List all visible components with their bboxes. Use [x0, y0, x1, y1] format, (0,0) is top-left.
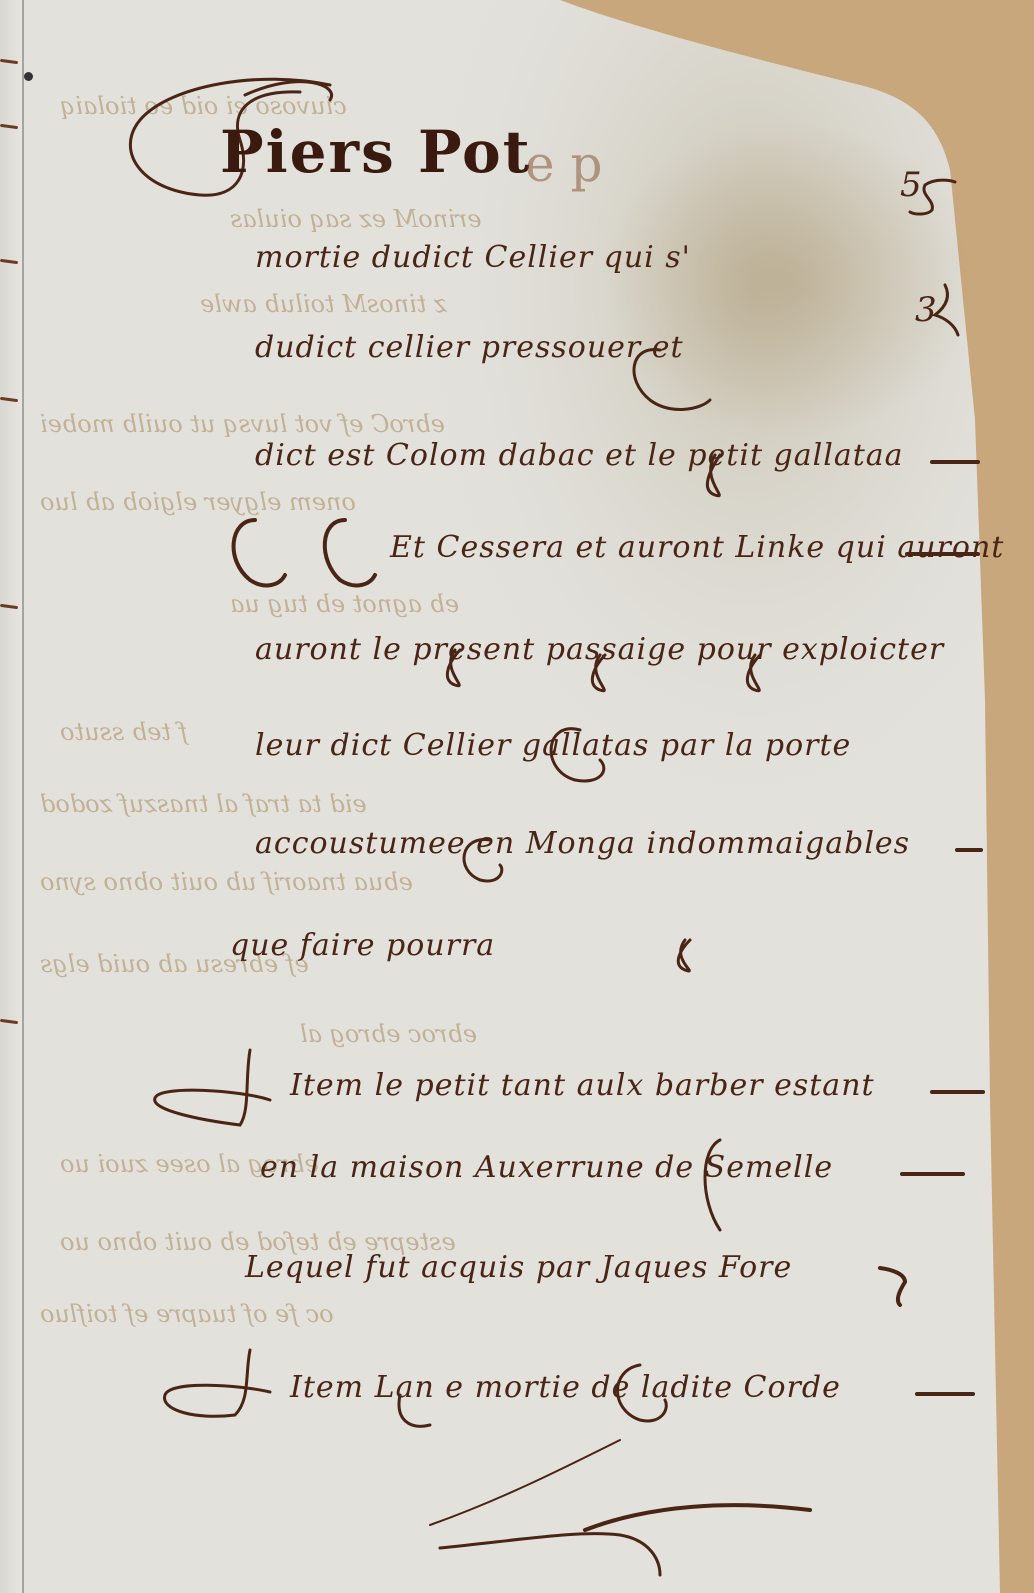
manuscript-line-10: en la maison Auxerrune de Semelle [260, 1150, 833, 1185]
manuscript-line-6: leur dict Cellier gallatas par la porte [255, 728, 851, 763]
line-filler-dash [905, 552, 980, 556]
heading-faint-continuation: e p [525, 135, 603, 193]
line-filler-dash [930, 460, 980, 464]
margin-note-upper: 3 [915, 290, 937, 330]
manuscript-line-4: Et Cessera et auront Linke qui auront [390, 530, 1004, 565]
manuscript-line-11: Lequel fut acquis par Jaques Fore [245, 1250, 792, 1285]
manuscript-line-7: accoustumee en Monga indommaigables [255, 826, 910, 861]
manuscript-line-1: mortie dudict Cellier qui s' [255, 240, 691, 275]
line-filler-dash [915, 1392, 975, 1396]
line-filler-dash [955, 848, 983, 852]
manuscript-line-12: Item Lan e mortie de ladite Corde [290, 1370, 841, 1405]
margin-note-top: 5 [900, 165, 922, 205]
manuscript-line-8: que faire pourra [230, 928, 495, 963]
line-filler-dash [900, 1172, 965, 1176]
manuscript-line-3: dict est Colom dabac et le petit gallata… [255, 438, 904, 473]
manuscript-line-2: dudict cellier pressouer et [255, 330, 684, 365]
manuscript-line-5: auront le present passaige pour exploict… [255, 632, 944, 667]
ink-flourishes [0, 0, 1034, 1593]
line-filler-dash [930, 1090, 985, 1094]
manuscript-photo: ciuvoso ei oid eo tiolaiq erinoM ez saq … [0, 0, 1034, 1593]
page-heading: Piers Pot [220, 118, 531, 186]
manuscript-line-9: Item le petit tant aulx barber estant [290, 1068, 875, 1103]
